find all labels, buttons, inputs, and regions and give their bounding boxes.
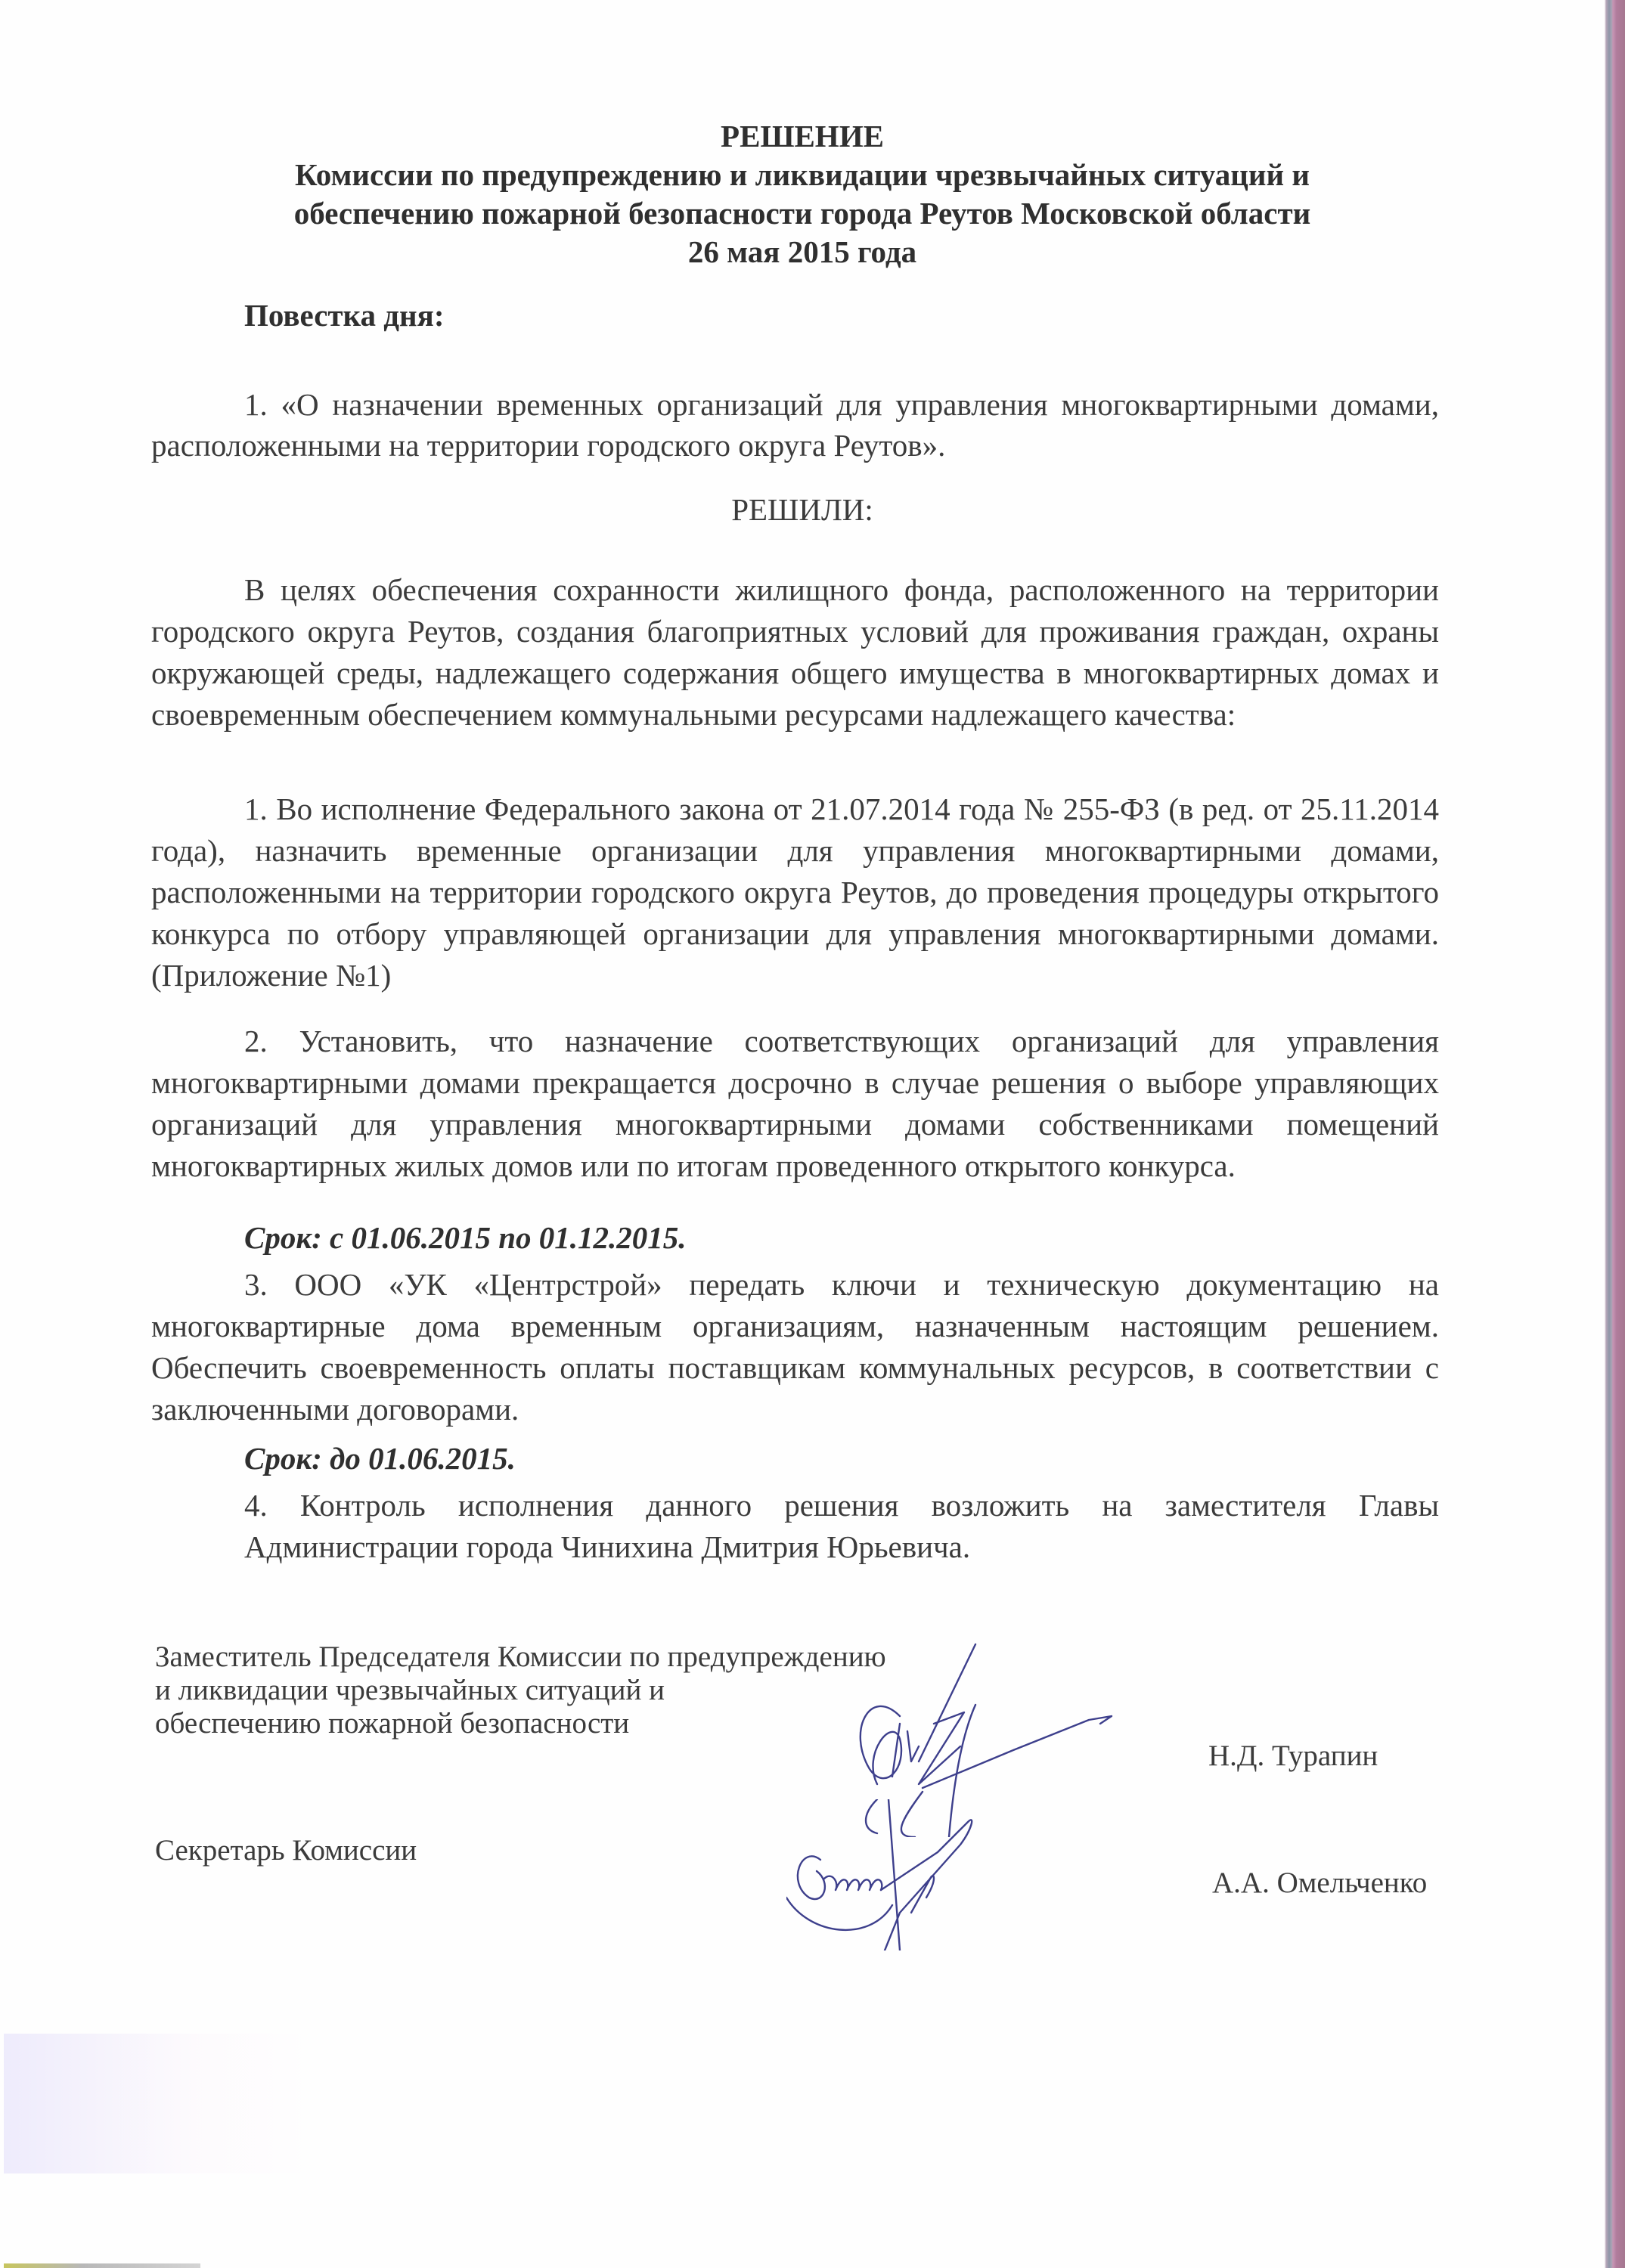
signatory-2-position: Секретарь Комиссии xyxy=(155,1833,417,1867)
document-date: 26 мая 2015 года xyxy=(0,233,1605,271)
signatory-1-position-line-3: обеспечению пожарной безопасности xyxy=(155,1707,886,1740)
scan-edge-bottom xyxy=(4,2263,200,2268)
scan-smudge xyxy=(4,2034,321,2173)
signatory-1-name: Н.Д. Турапин xyxy=(1208,1739,1378,1773)
decision-item-1: 1. Во исполнение Федерального закона от … xyxy=(151,789,1439,996)
scan-edge-right xyxy=(1605,0,1625,2268)
signatory-2-name: А.А. Омельченко xyxy=(1212,1866,1427,1900)
decision-item-2: 2. Установить, что назначение соответств… xyxy=(151,1021,1439,1187)
deadline-item-2: Срок: с 01.06.2015 по 01.12.2015. xyxy=(244,1219,687,1256)
signatory-1-position-line-1: Заместитель Председателя Комиссии по пре… xyxy=(155,1641,886,1674)
signatory-1-position-line-2: и ликвидации чрезвычайных ситуаций и xyxy=(155,1674,886,1707)
document-page: РЕШЕНИЕ Комиссии по предупреждению и лик… xyxy=(0,0,1605,2268)
deadline-item-3: Срок: до 01.06.2015. xyxy=(244,1440,516,1476)
decision-item-3: 3. ООО «УК «Центрстрой» передать ключи и… xyxy=(151,1264,1439,1430)
agenda-label: Повестка дня: xyxy=(244,297,445,333)
document-subtitle-line-2: обеспечению пожарной безопасности города… xyxy=(0,194,1605,233)
signatory-1-position: Заместитель Председателя Комиссии по пре… xyxy=(155,1641,886,1740)
decision-item-4: 4. Контроль исполнения данного решения в… xyxy=(244,1485,1439,1568)
document-subtitle-line-1: Комиссии по предупреждению и ликвидации … xyxy=(0,156,1605,194)
signature-omelchenko-icon xyxy=(786,1799,1059,1954)
intro-paragraph: В целях обеспечения сохранности жилищног… xyxy=(151,569,1439,736)
decided-heading: РЕШИЛИ: xyxy=(0,491,1605,528)
document-title: РЕШЕНИЕ xyxy=(0,117,1605,156)
agenda-item: 1. «О назначении временных организаций д… xyxy=(151,384,1439,466)
